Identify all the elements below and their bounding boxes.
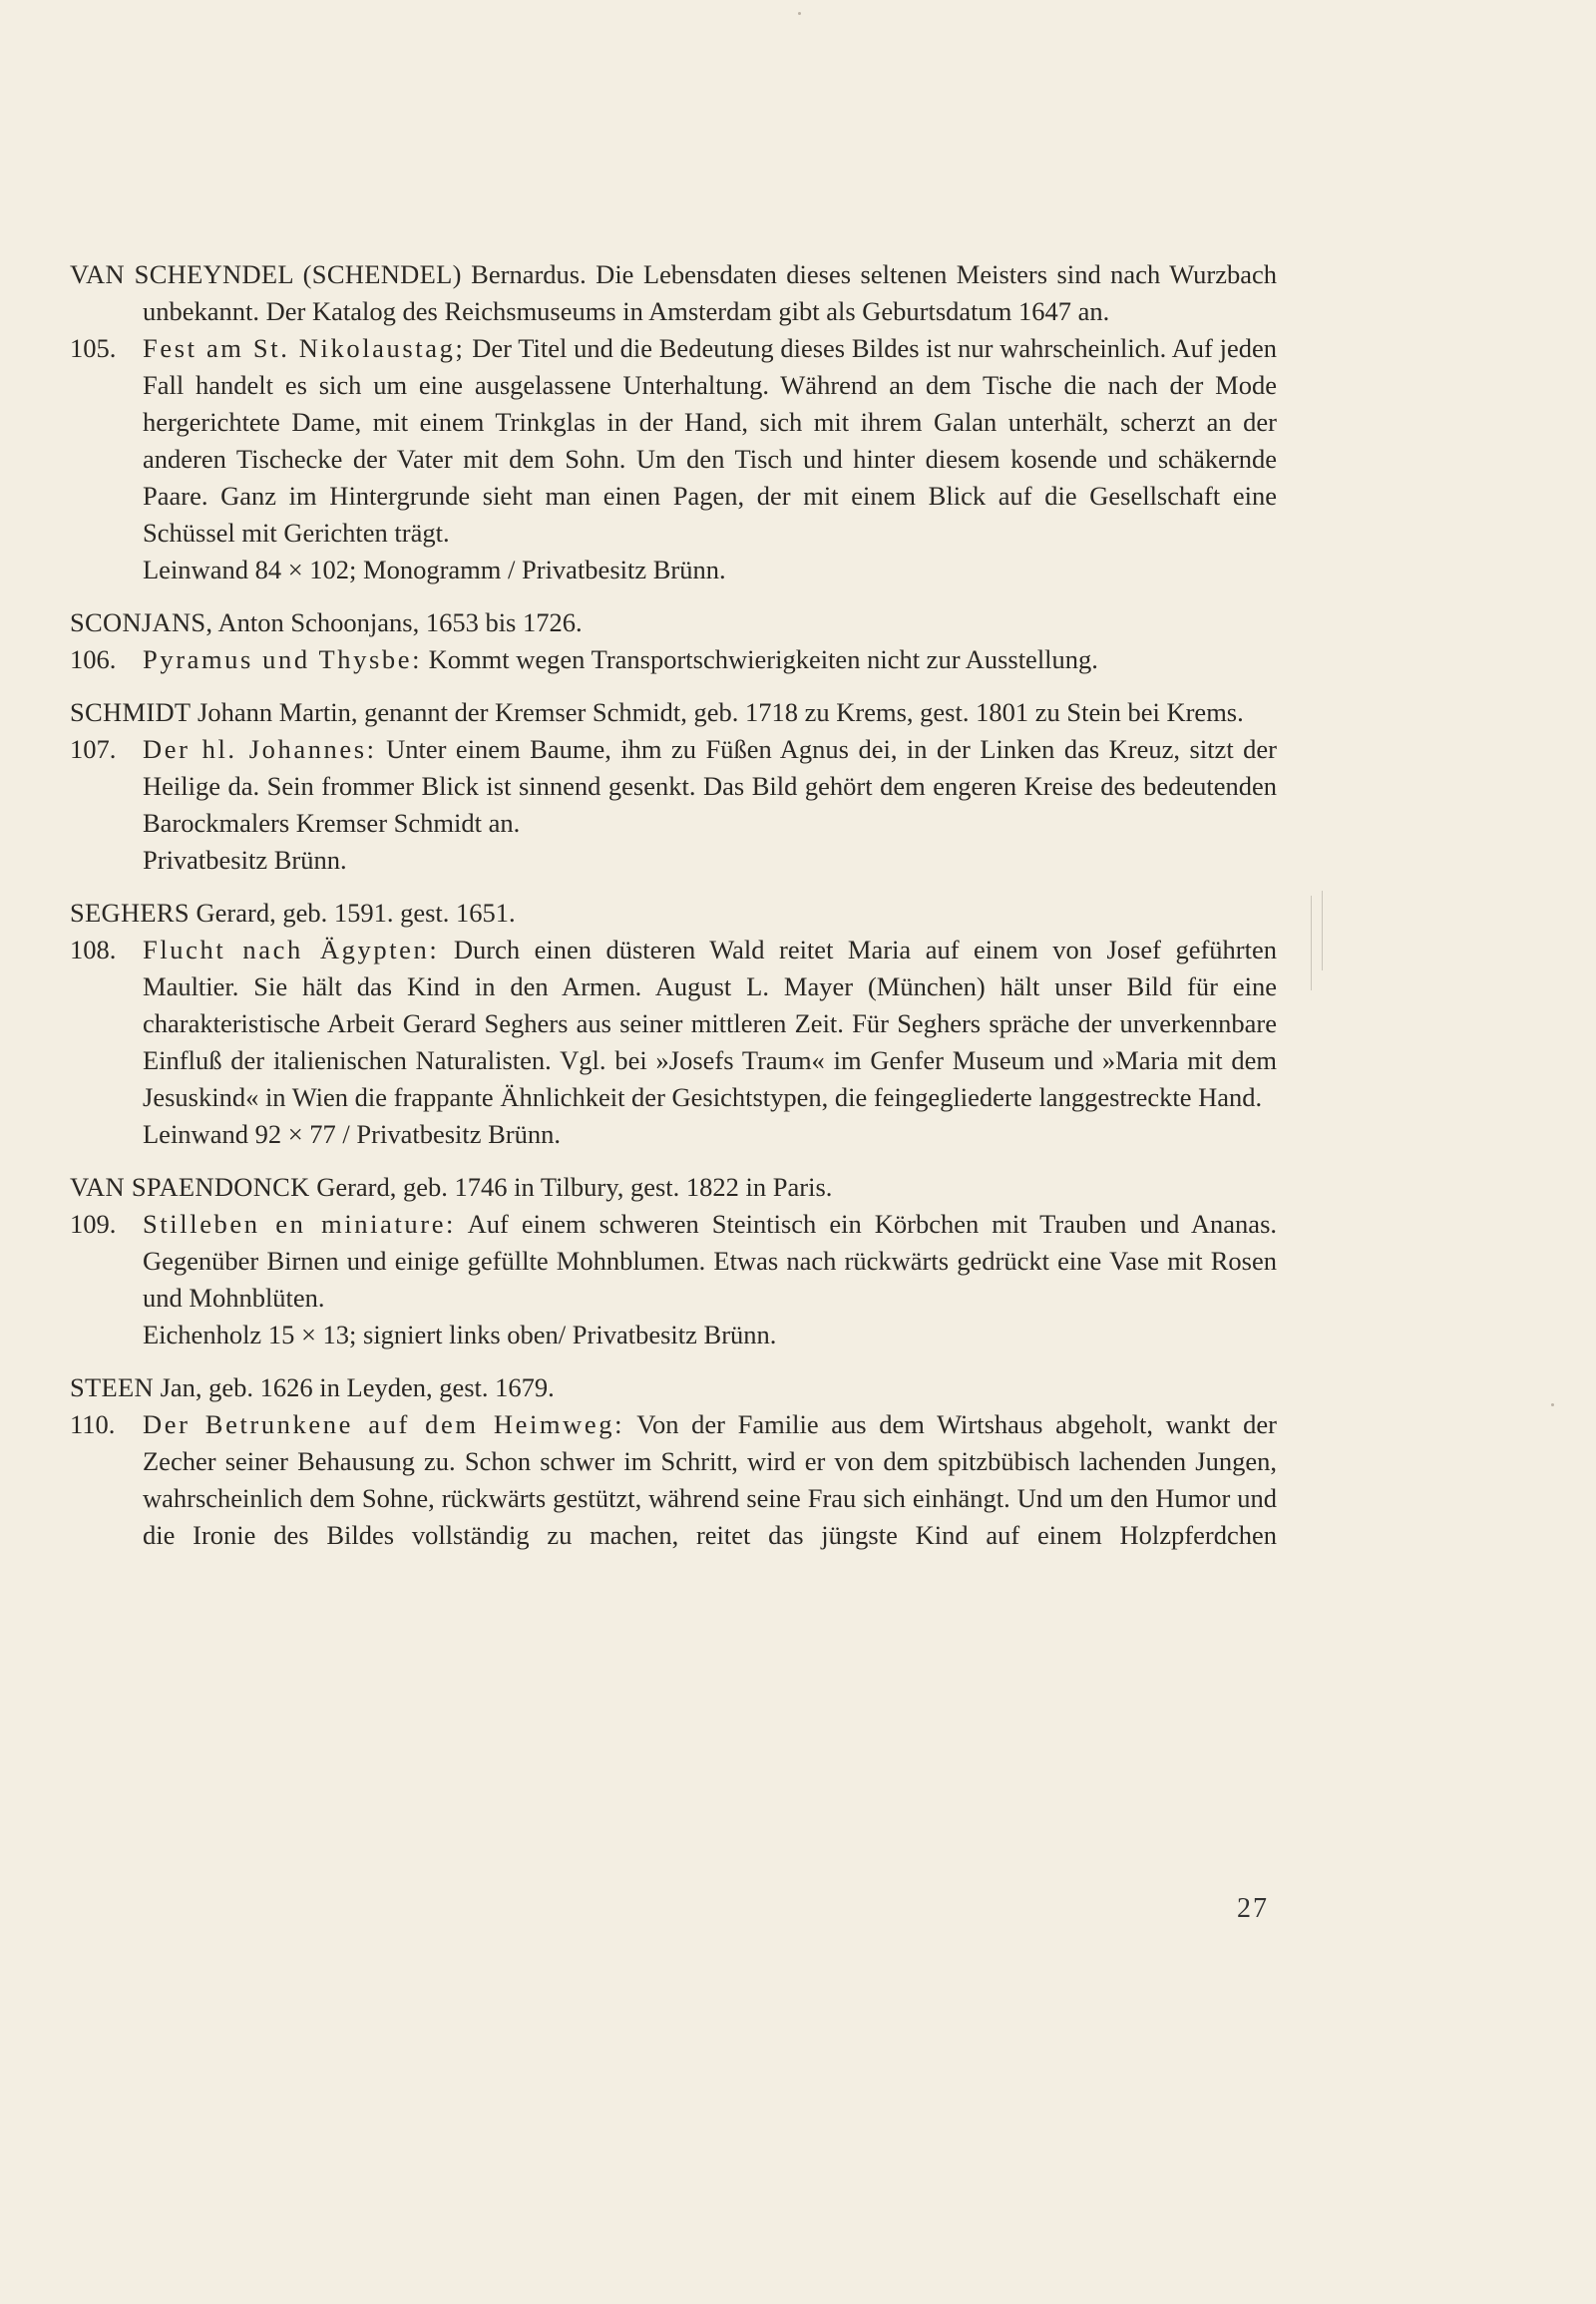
paper-speck — [798, 12, 801, 15]
work-details: Leinwand 92 × 77 / Privatbesitz Brünn. — [143, 1119, 561, 1149]
artist-bio: Johann Martin, genannt der Kremser Schmi… — [191, 697, 1243, 727]
artist-entry: SCONJANS, Anton Schoonjans, 1653 bis 172… — [70, 604, 1277, 641]
work-entry: 110.Der Betrunkene auf dem Heimweg: Von … — [70, 1406, 1277, 1554]
catalog-number: 110. — [70, 1406, 143, 1443]
catalog-page-body: VAN SCHEYNDEL (SCHENDEL) Bernardus. Die … — [70, 256, 1277, 1554]
page-number: 27 — [1237, 1893, 1269, 1925]
artist-entry: SEGHERS Gerard, geb. 1591. gest. 1651. — [70, 895, 1277, 932]
pencil-mark — [1322, 891, 1323, 970]
work-title: Der hl. Johannes: — [143, 734, 377, 764]
work-description: Der Titel und die Bedeutung dieses Bilde… — [143, 333, 1277, 548]
catalog-number: 108. — [70, 932, 143, 968]
artist-entry: SCHMIDT Johann Martin, genannt der Krems… — [70, 694, 1277, 731]
catalog-number: 105. — [70, 330, 143, 367]
work-details: Eichenholz 15 × 13; signiert links oben/… — [143, 1320, 776, 1349]
work-description: Kommt wegen Transportschwierigkeiten nic… — [422, 644, 1098, 674]
work-entry: 108.Flucht nach Ägypten: Durch einen düs… — [70, 932, 1277, 1153]
catalog-number: 109. — [70, 1206, 143, 1243]
artist-name: VAN SPAENDONCK — [70, 1172, 310, 1202]
catalog-number: 106. — [70, 641, 143, 678]
artist-entry: VAN SPAENDONCK Gerard, geb. 1746 in Tilb… — [70, 1169, 1277, 1206]
work-title: Der Betrunkene auf dem Heimweg: — [143, 1409, 624, 1439]
work-title: Flucht nach Ägypten: — [143, 935, 439, 964]
artist-bio: Gerard, geb. 1746 in Tilbury, gest. 1822… — [310, 1172, 833, 1202]
artist-name: SCONJANS, — [70, 607, 212, 637]
artist-bio: Jan, geb. 1626 in Leyden, gest. 1679. — [154, 1372, 555, 1402]
artist-name: VAN SCHEYNDEL (SCHENDEL) — [70, 259, 462, 289]
work-details: Leinwand 84 × 102; Monogramm / Privatbes… — [143, 555, 726, 584]
work-details: Privatbesitz Brünn. — [143, 845, 347, 875]
artist-bio: Anton Schoonjans, 1653 bis 1726. — [212, 607, 582, 637]
work-title: Stilleben en miniature: — [143, 1209, 456, 1239]
catalog-number: 107. — [70, 731, 143, 768]
artist-name: STEEN — [70, 1372, 154, 1402]
artist-name: SCHMIDT — [70, 697, 191, 727]
work-title: Fest am St. Nikolaustag; — [143, 333, 465, 363]
artist-name: SEGHERS — [70, 898, 190, 928]
work-entry: 105.Fest am St. Nikolaustag; Der Titel u… — [70, 330, 1277, 588]
paper-speck — [1551, 1403, 1554, 1406]
artist-bio: Gerard, geb. 1591. gest. 1651. — [190, 898, 516, 928]
work-entry: 107.Der hl. Johannes: Unter einem Baume,… — [70, 731, 1277, 879]
pencil-mark — [1311, 896, 1312, 990]
artist-entry: VAN SCHEYNDEL (SCHENDEL) Bernardus. Die … — [70, 256, 1277, 330]
artist-entry: STEEN Jan, geb. 1626 in Leyden, gest. 16… — [70, 1369, 1277, 1406]
work-entry: 106.Pyramus und Thysbe: Kommt wegen Tran… — [70, 641, 1277, 678]
work-entry: 109.Stilleben en miniature: Auf einem sc… — [70, 1206, 1277, 1353]
work-title: Pyramus und Thysbe: — [143, 644, 422, 674]
